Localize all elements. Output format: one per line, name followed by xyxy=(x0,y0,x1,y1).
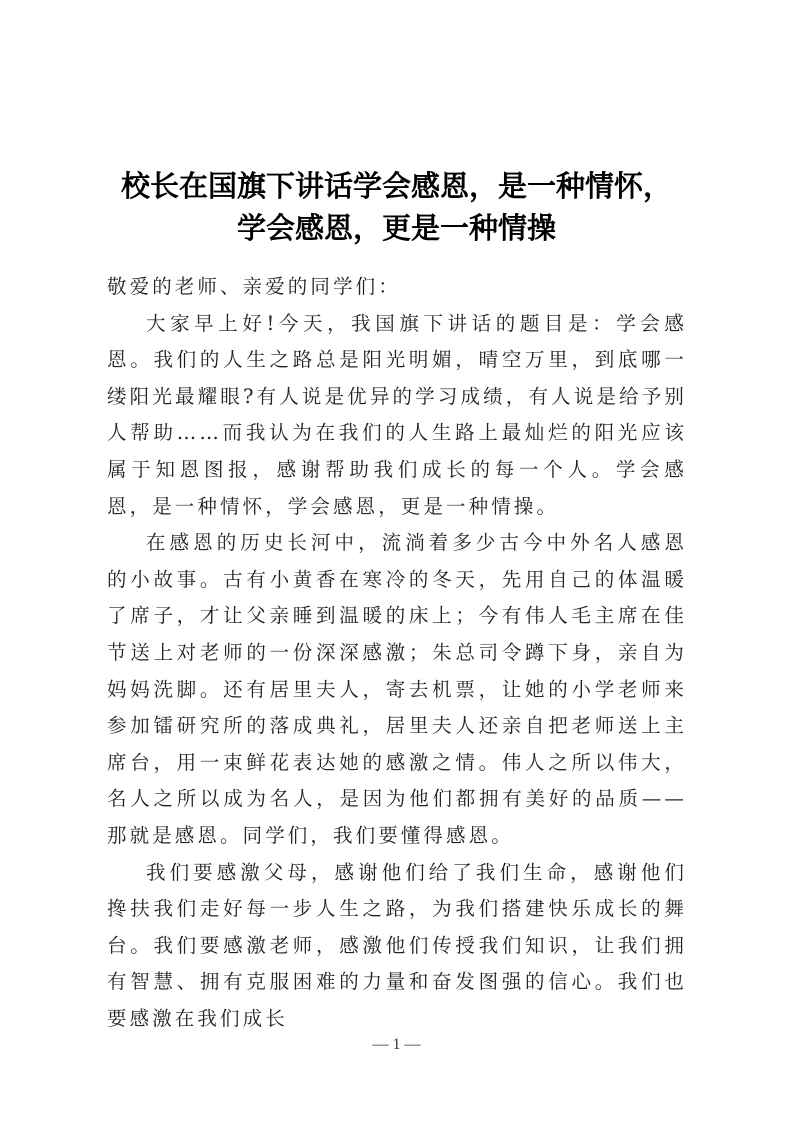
document-title: 校长在国旗下讲话学会感恩，是一种情怀， 学会感恩，更是一种情操 xyxy=(80,165,713,249)
paragraph-3: 我们要感激父母，感谢他们给了我们生命，感谢他们搀扶我们走好每一步人生之路，为我们… xyxy=(107,855,687,1038)
document-page: 校长在国旗下讲话学会感恩，是一种情怀， 学会感恩，更是一种情操 敬爱的老师、亲爱… xyxy=(0,0,793,1122)
page-number: — 1 — xyxy=(0,1036,793,1054)
paragraph-2: 在感恩的历史长河中，流淌着多少古今中外名人感恩的小故事。古有小黄香在寒冷的冬天，… xyxy=(107,525,687,854)
salutation: 敬爱的老师、亲爱的同学们： xyxy=(107,269,687,306)
document-body: 敬爱的老师、亲爱的同学们： 大家早上好!今天，我国旗下讲话的题目是：学会感恩。我… xyxy=(107,269,687,1037)
paragraph-1: 大家早上好!今天，我国旗下讲话的题目是：学会感恩。我们的人生之路总是阳光明媚，晴… xyxy=(107,306,687,526)
title-line-1: 校长在国旗下讲话学会感恩，是一种情怀， xyxy=(80,165,713,207)
title-line-2: 学会感恩，更是一种情操 xyxy=(80,207,713,249)
